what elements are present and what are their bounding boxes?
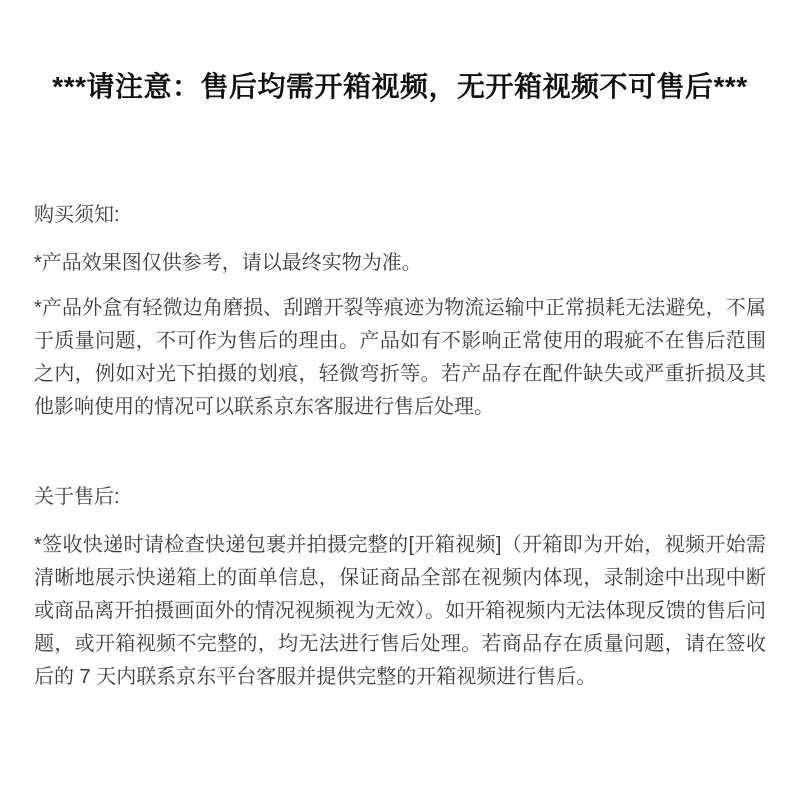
- purchase-notes-title: 购买须知:: [34, 199, 766, 232]
- purchase-notes-paragraph-2: *产品外盒有轻微边角磨损、刮蹭开裂等痕迹为物流运输中正常损耗无法避免，不属于质量…: [34, 292, 766, 424]
- section-after-sales: 关于售后: *签收快递时请检查快递包裹并拍摄完整的[开箱视频]（开箱即为开始，视…: [34, 481, 766, 694]
- notice-content: 购买须知: *产品效果图仅供参考，请以最终实物为准。 *产品外盒有轻微边角磨损、…: [0, 199, 800, 694]
- notice-header: ***请注意：售后均需开箱视频，无开箱视频不可售后***: [20, 70, 780, 104]
- purchase-notes-paragraph-1: *产品效果图仅供参考，请以最终实物为准。: [34, 247, 766, 280]
- section-purchase-notes: 购买须知: *产品效果图仅供参考，请以最终实物为准。 *产品外盒有轻微边角磨损、…: [34, 199, 766, 424]
- after-sales-title: 关于售后:: [34, 481, 766, 514]
- after-sales-paragraph-1: *签收快递时请检查快递包裹并拍摄完整的[开箱视频]（开箱即为开始，视频开始需清晰…: [34, 529, 766, 694]
- notice-page: ***请注意：售后均需开箱视频，无开箱视频不可售后*** 购买须知: *产品效果…: [0, 0, 800, 800]
